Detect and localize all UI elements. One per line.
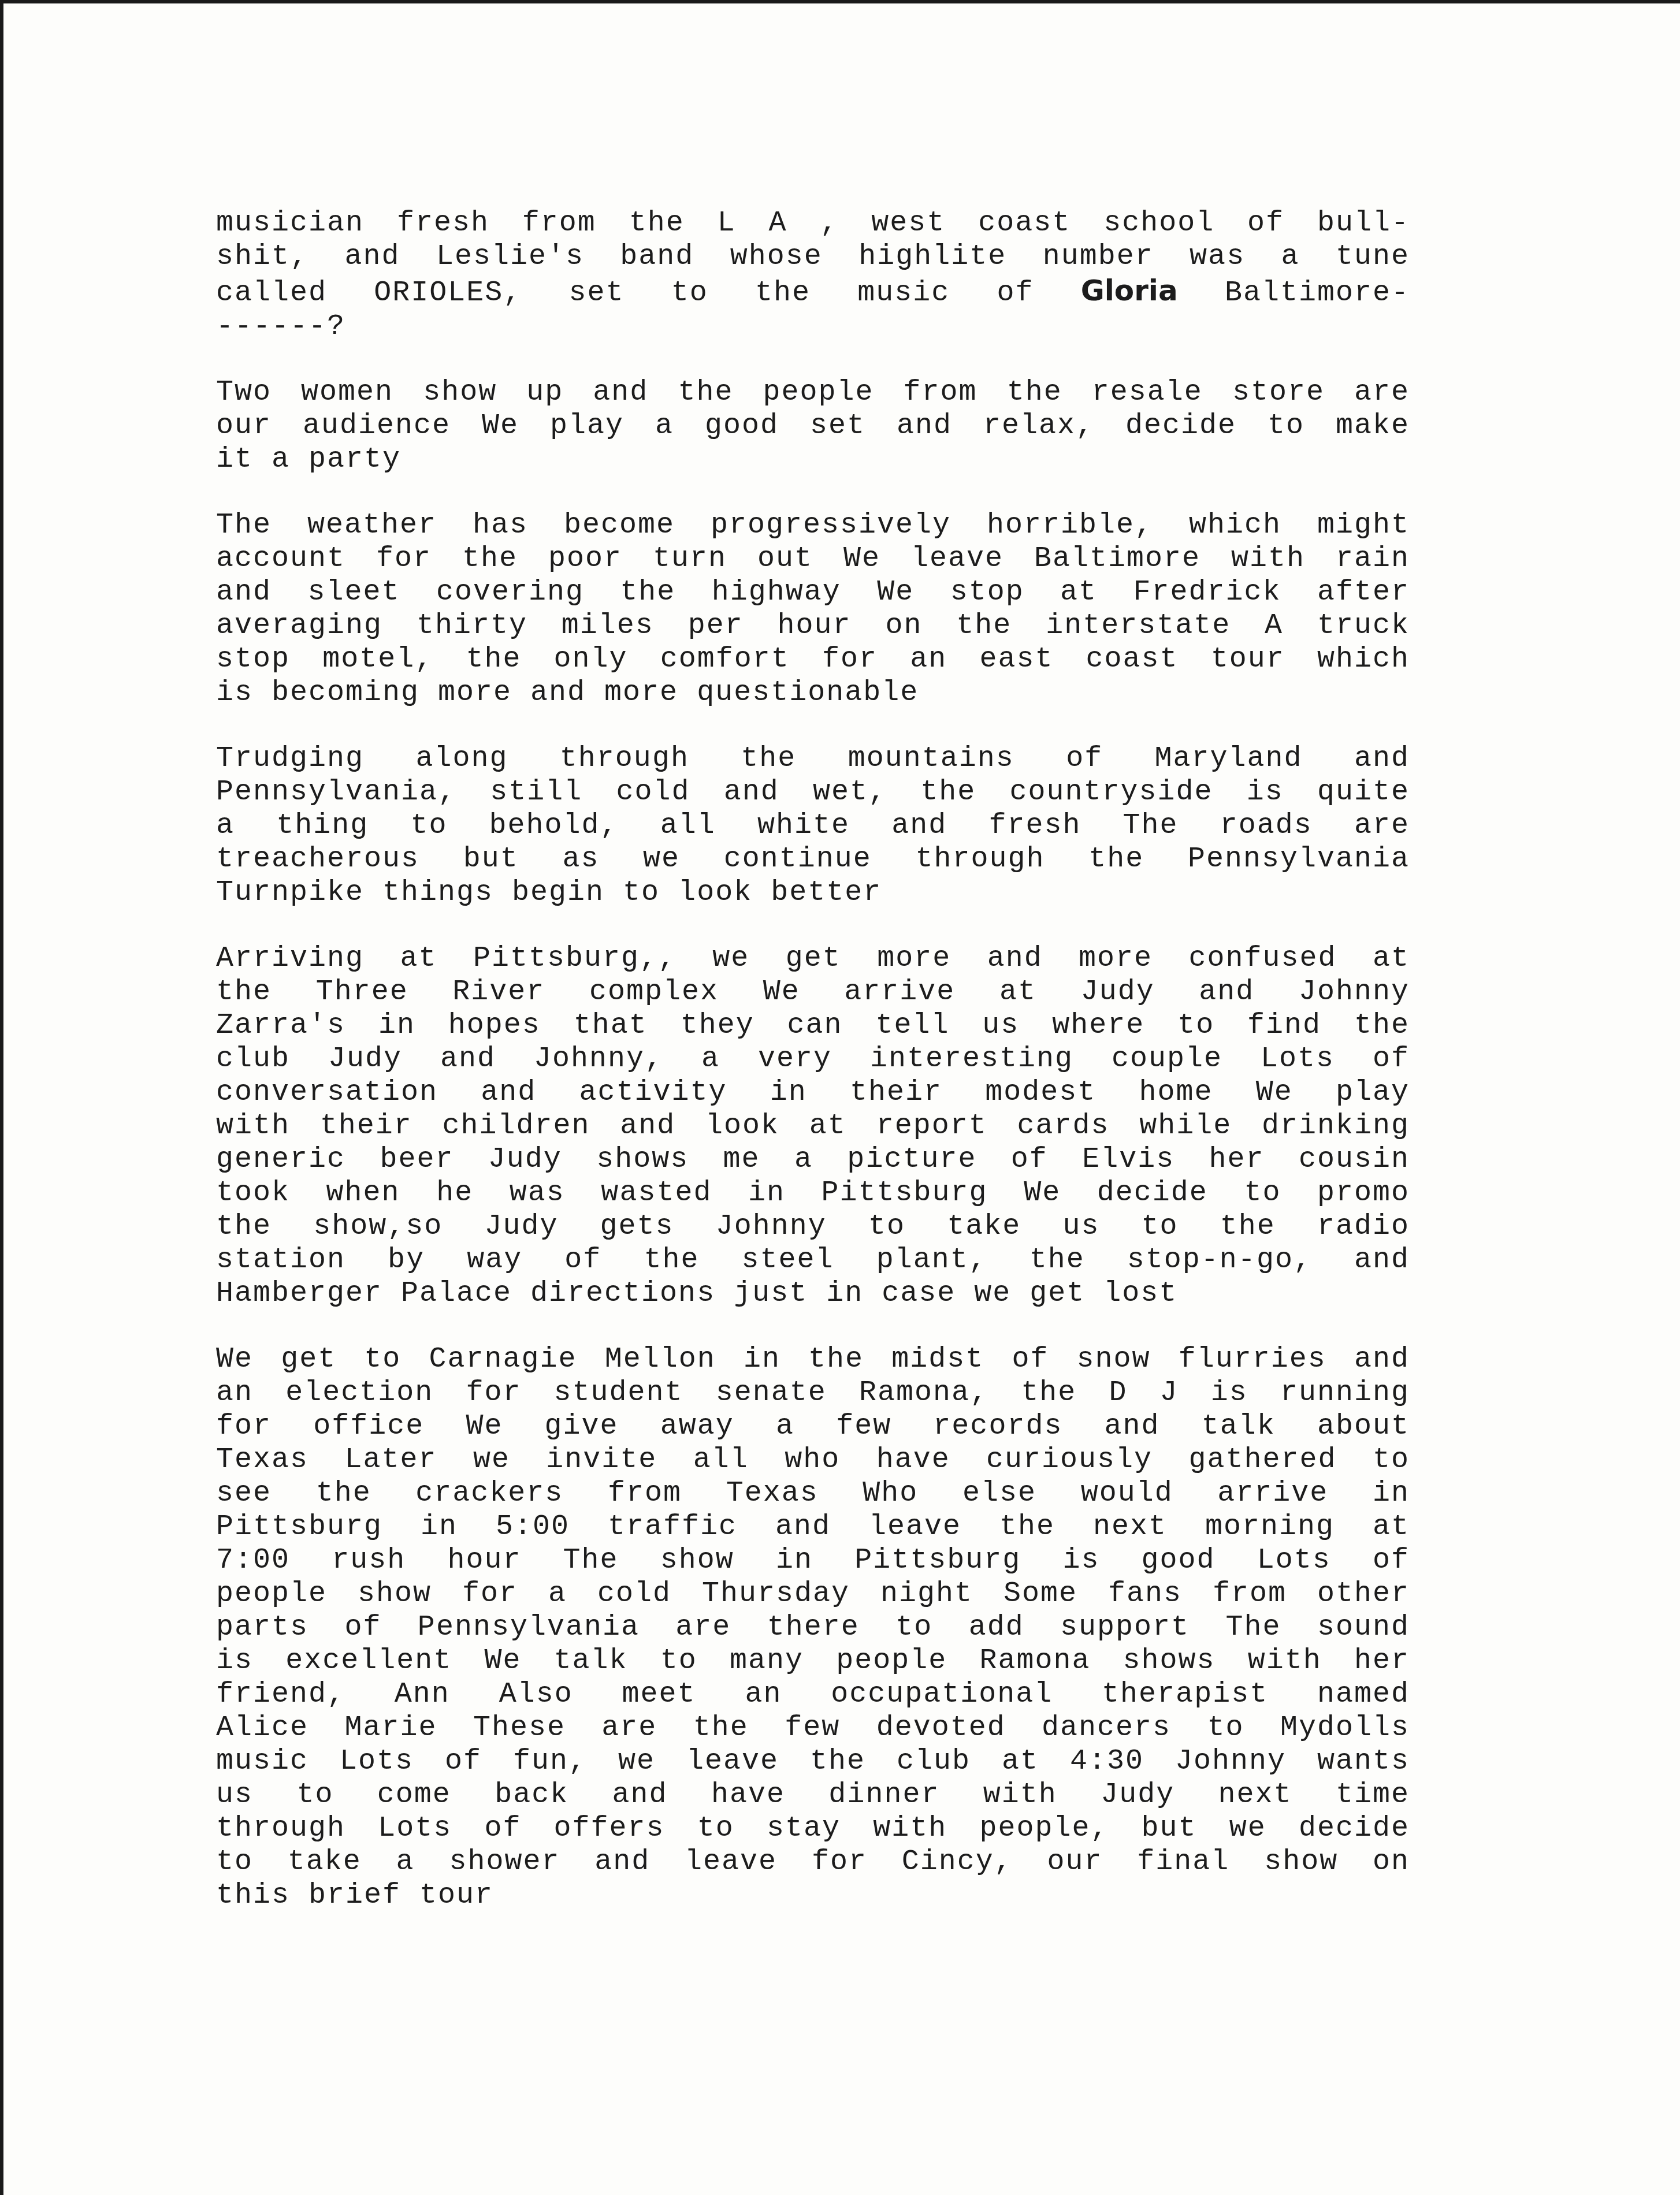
- text-line: for office We give away a few records an…: [216, 1410, 1410, 1444]
- text-line: club Judy and Johnny, a very interesting…: [216, 1043, 1410, 1076]
- text-line: We get to Carnagie Mellon in the midst o…: [216, 1343, 1410, 1376]
- text-line: Zarra's in hopes that they can tell us w…: [216, 1009, 1410, 1043]
- text-line: Pennsylvania, still cold and wet, the co…: [216, 776, 1410, 809]
- paragraph: The weather has become progressively hor…: [216, 509, 1410, 710]
- text-line: a thing to behold, all white and fresh T…: [216, 809, 1410, 843]
- document-body: musician fresh from the L A , west coast…: [216, 207, 1410, 1945]
- text-line: our audience We play a good set and rela…: [216, 410, 1410, 443]
- text-line: is becoming more and more questionable: [216, 676, 1410, 710]
- text-line: with their children and look at report c…: [216, 1110, 1410, 1143]
- text-line: friend, Ann Also meet an occupational th…: [216, 1678, 1410, 1712]
- text-line: stop motel, the only comfort for an east…: [216, 643, 1410, 676]
- text-line: to take a shower and leave for Cincy, ou…: [216, 1846, 1410, 1879]
- text-line: Hamberger Palace directions just in case…: [216, 1277, 1410, 1311]
- text-line: Texas Later we invite all who have curio…: [216, 1444, 1410, 1477]
- text-line: parts of Pennsylvania are there to add s…: [216, 1611, 1410, 1645]
- text-line: through Lots of offers to stay with peop…: [216, 1812, 1410, 1846]
- paragraph: musician fresh from the L A , west coast…: [216, 207, 1410, 344]
- text-line: and sleet covering the highway We stop a…: [216, 576, 1410, 609]
- text-line: Trudging along through the mountains of …: [216, 742, 1410, 776]
- paragraph: Two women show up and the people from th…: [216, 376, 1410, 477]
- text-line: conversation and activity in their modes…: [216, 1076, 1410, 1110]
- text-line: took when he was wasted in Pittsburg We …: [216, 1177, 1410, 1210]
- text-line: averaging thirty miles per hour on the i…: [216, 609, 1410, 643]
- text-line: the Three River complex We arrive at Jud…: [216, 976, 1410, 1009]
- paragraph: Trudging along through the mountains of …: [216, 742, 1410, 910]
- text-line: 7:00 rush hour The show in Pittsburg is …: [216, 1544, 1410, 1578]
- text-line: Alice Marie These are the few devoted da…: [216, 1712, 1410, 1745]
- text-line: shit, and Leslie's band whose highlite n…: [216, 240, 1410, 274]
- text-line: music Lots of fun, we leave the club at …: [216, 1745, 1410, 1779]
- text-line: generic beer Judy shows me a picture of …: [216, 1143, 1410, 1177]
- text-line: The weather has become progressively hor…: [216, 509, 1410, 542]
- text-line: this brief tour: [216, 1879, 1410, 1913]
- text-line: treacherous but as we continue through t…: [216, 843, 1410, 876]
- text-line: ------?: [216, 310, 1410, 344]
- text-line: is excellent We talk to many people Ramo…: [216, 1645, 1410, 1678]
- text-line: people show for a cold Thursday night So…: [216, 1578, 1410, 1611]
- text-line: Pittsburg in 5:00 traffic and leave the …: [216, 1511, 1410, 1544]
- text-line: musician fresh from the L A , west coast…: [216, 207, 1410, 240]
- text-line: it a party: [216, 443, 1410, 477]
- text-line: see the crackers from Texas Who else wou…: [216, 1477, 1410, 1511]
- bold-word: Gloria: [1081, 274, 1178, 307]
- scanned-page: musician fresh from the L A , west coast…: [3, 3, 1680, 2195]
- text-line: station by way of the steel plant, the s…: [216, 1244, 1410, 1277]
- text-line: the show,so Judy gets Johnny to take us …: [216, 1210, 1410, 1244]
- paragraph: We get to Carnagie Mellon in the midst o…: [216, 1343, 1410, 1913]
- text-line: an election for student senate Ramona, t…: [216, 1376, 1410, 1410]
- text-line: Arriving at Pittsburg,, we get more and …: [216, 942, 1410, 976]
- paragraph: Arriving at Pittsburg,, we get more and …: [216, 942, 1410, 1311]
- text-line: us to come back and have dinner with Jud…: [216, 1779, 1410, 1812]
- text-line: account for the poor turn out We leave B…: [216, 542, 1410, 576]
- text-line: Turnpike things begin to look better: [216, 876, 1410, 910]
- text-line: Two women show up and the people from th…: [216, 376, 1410, 410]
- text-line: called ORIOLES, set to the music of Glor…: [216, 274, 1410, 310]
